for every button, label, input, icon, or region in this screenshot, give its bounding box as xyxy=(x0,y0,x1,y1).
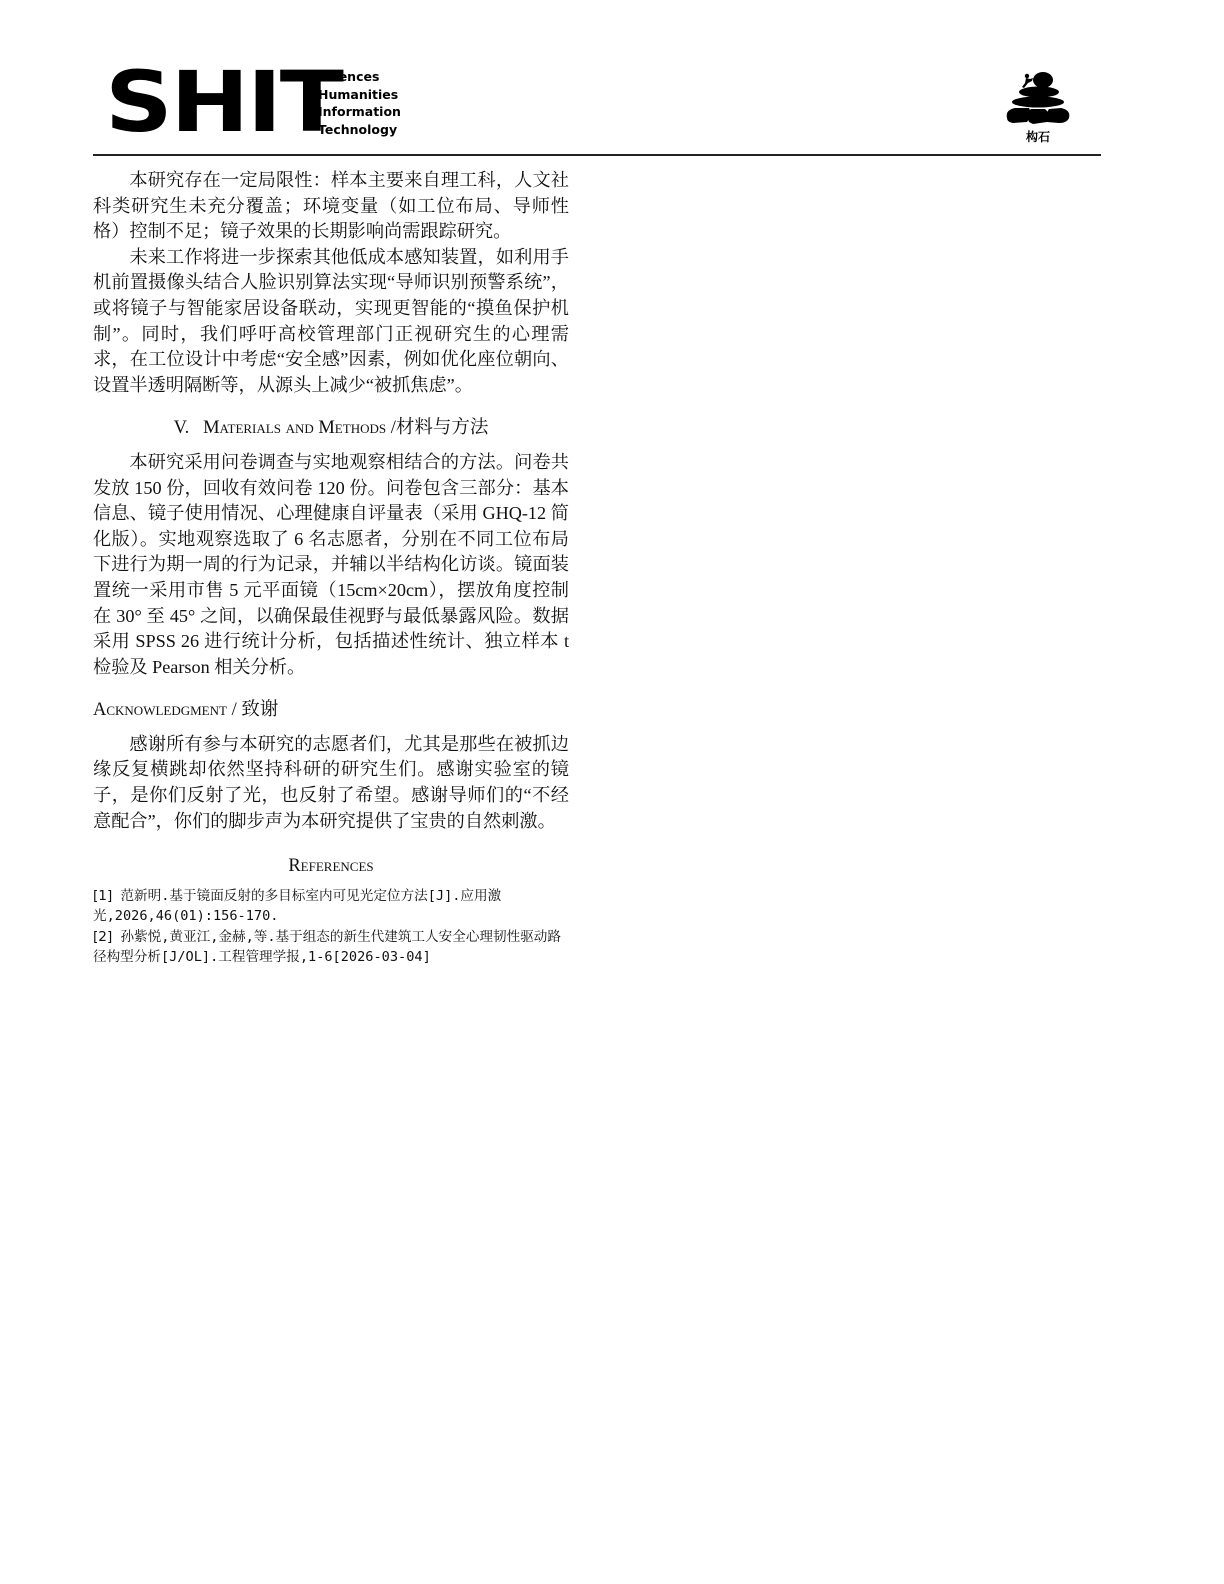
methods-title-zh: 材料与方法 xyxy=(396,418,489,438)
reference-text: 范新明.基于镜面反射的多目标室内可见光定位方法[J].应用激光,2026,46(… xyxy=(93,888,501,924)
logo-word-information: Information xyxy=(318,103,401,121)
ack-title-sep: / xyxy=(227,700,241,720)
methods-paragraph: 本研究采用问卷调查与实地观察相结合的方法。问卷共发放 150 份，回收有效问卷 … xyxy=(93,450,569,680)
future-work-paragraph: 未来工作将进一步探索其他低成本感知装置，如利用手机前置摄像头结合人脸识别算法实现… xyxy=(93,245,569,399)
logo-word-sciences: Sciences xyxy=(318,68,401,86)
page-header: SHIT Sciences Humanities Information Tec… xyxy=(93,60,1101,156)
limitations-paragraph: 本研究存在一定局限性：样本主要来自理工科，人文社科类研究生未充分覆盖；环境变量（… xyxy=(93,168,569,245)
references-heading: References xyxy=(93,854,569,880)
reference-text: 孙紫悦,黄亚江,金赫,等.基于组态的新生代建筑工人安全心理韧性驱动路径构型分析[… xyxy=(93,929,561,965)
logo-tagline: Sciences Humanities Information Technolo… xyxy=(318,68,401,138)
methods-title-en: Materials and Methods xyxy=(203,418,386,438)
acknowledgment-paragraph: 感谢所有参与本研究的志愿者们，尤其是那些在被抓边缘反复横跳却依然坚持科研的研究生… xyxy=(93,732,569,834)
header-divider xyxy=(93,154,1101,156)
methods-title-sep: / xyxy=(386,418,396,438)
logo-word-technology: Technology xyxy=(318,121,401,139)
gou-shi-logo: 构石 xyxy=(1003,70,1073,146)
methods-heading: V. Materials and Methods /材料与方法 xyxy=(93,416,569,442)
stone-pile-icon xyxy=(1003,70,1073,128)
methods-number: V. xyxy=(174,418,190,438)
reference-item: [1] 范新明.基于镜面反射的多目标室内可见光定位方法[J].应用激光,2026… xyxy=(93,886,569,927)
references-list: [1] 范新明.基于镜面反射的多目标室内可见光定位方法[J].应用激光,2026… xyxy=(93,886,569,968)
shit-logo-wordmark: SHIT xyxy=(105,60,342,144)
ack-title-en: Acknowledgment xyxy=(93,700,227,720)
logo-word-humanities: Humanities xyxy=(318,86,401,104)
reference-number: [1] xyxy=(93,888,112,904)
gou-shi-label: 构石 xyxy=(1003,128,1073,145)
reference-item: [2] 孙紫悦,黄亚江,金赫,等.基于组态的新生代建筑工人安全心理韧性驱动路径构… xyxy=(93,927,569,968)
ack-title-zh: 致谢 xyxy=(241,700,278,720)
reference-number: [2] xyxy=(93,929,112,945)
acknowledgment-heading: Acknowledgment / 致谢 xyxy=(93,698,569,724)
left-column: 本研究存在一定局限性：样本主要来自理工科，人文社科类研究生未充分覆盖；环境变量（… xyxy=(93,168,569,967)
